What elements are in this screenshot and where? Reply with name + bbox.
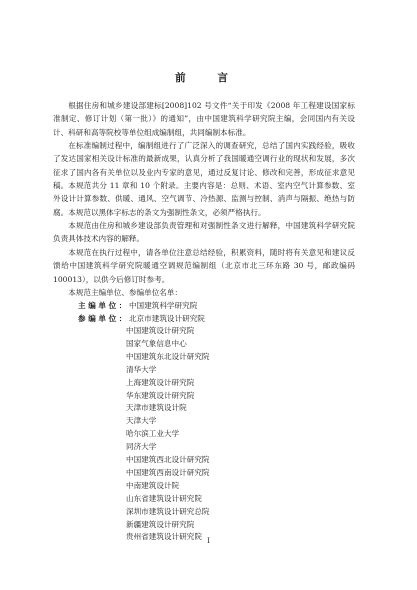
- participating-unit: 清华大学: [126, 364, 156, 377]
- participating-unit: 中国建筑设计研究院: [126, 325, 194, 338]
- page-number: I: [0, 537, 417, 545]
- participating-unit: 中国建筑东北设计研究院: [126, 351, 210, 364]
- participating-unit: 新疆建筑设计研究院: [126, 519, 194, 532]
- participating-unit: 中南建筑设计院: [126, 480, 179, 493]
- paragraph-basis: 根据住房和城乡建设部建标[2008]102 号文件“关于印发《2008 年工程建…: [53, 99, 355, 139]
- participating-unit: 国家气象信息中心: [126, 338, 187, 351]
- paragraph-management: 本规范由住房和城乡建设部负责管理和对强制性条文进行解释，中国建筑科学研究院负责具…: [53, 219, 355, 246]
- participating-unit: 天津市建筑设计院: [126, 402, 187, 415]
- participating-unit: 天津大学: [126, 415, 156, 428]
- chief-unit-row: 主编单位：中国建筑科学研究院: [78, 299, 197, 312]
- chief-unit-name: 中国建筑科学研究院: [129, 301, 197, 310]
- participating-unit: 华东建筑设计研究院: [126, 390, 194, 403]
- paragraph-units-intro: 本规范主编单位、参编单位名单：: [53, 286, 355, 299]
- participating-unit: 北京市建筑设计研究院: [129, 314, 205, 323]
- page-title: 前 言: [0, 70, 417, 85]
- participating-unit: 哈尔滨工业大学: [126, 428, 179, 441]
- participating-units-label: 参编单位：: [78, 314, 129, 323]
- paragraph-feedback: 本规范在执行过程中，请各单位注意总结经验，积累资料，随时将有关意见和建议反馈给中…: [53, 246, 355, 286]
- participating-unit: 深圳市建筑设计研究总院: [126, 506, 210, 519]
- participating-unit: 山东省建筑设计研究院: [126, 493, 202, 506]
- participating-unit: 中国建筑西南设计研究院: [126, 467, 210, 480]
- participating-unit: 同济大学: [126, 441, 156, 454]
- participating-units-row: 参编单位：北京市建筑设计研究院: [78, 312, 205, 325]
- paragraph-mandatory: 本规范以黑体字标志的条文为强制性条文，必须严格执行。: [53, 206, 355, 219]
- participating-unit: 上海建筑设计研究院: [126, 377, 194, 390]
- participating-unit: 中国建筑西北设计研究院: [126, 454, 210, 467]
- chief-unit-label: 主编单位：: [78, 301, 129, 310]
